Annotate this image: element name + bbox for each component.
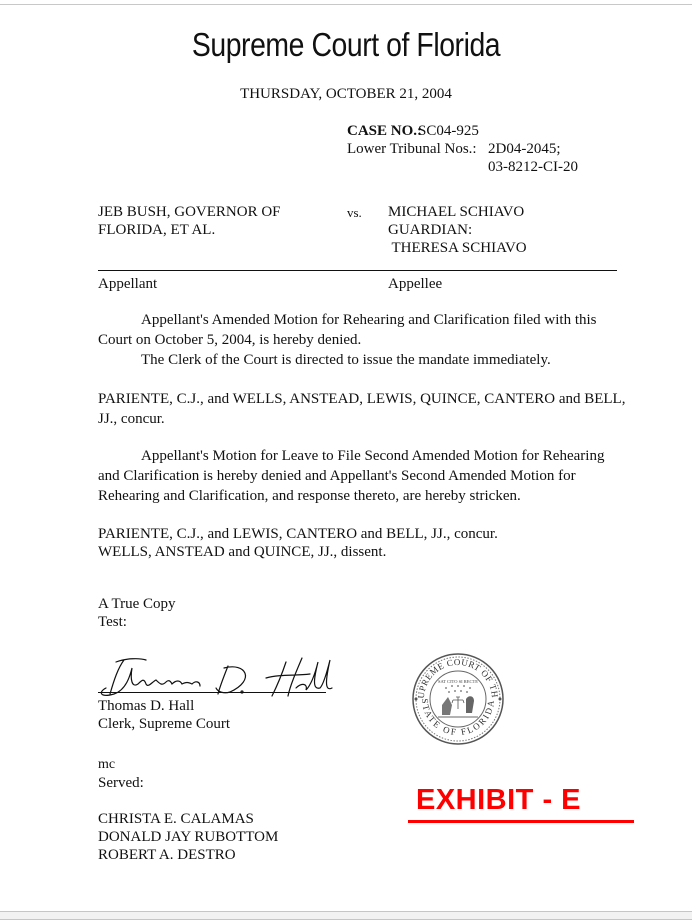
order-date: THURSDAY, OCTOBER 21, 2004 (0, 86, 692, 103)
svg-text:SUPREME COURT OF THE: SUPREME COURT OF THE (408, 653, 500, 699)
appellant-name-line-1: JEB BUSH, GOVERNOR OF (98, 203, 281, 221)
order-1-paragraph: Appellant's Amended Motion for Rehearing… (98, 310, 628, 350)
appellee-name-line-3: THERESA SCHIAVO (388, 239, 527, 257)
case-no: SC04-925 (418, 122, 479, 140)
clerk-name: Thomas D. Hall (98, 697, 194, 715)
versus: vs. (347, 204, 362, 222)
appellant-label: Appellant (98, 275, 157, 293)
case-no-label: CASE NO.: (347, 122, 422, 140)
clerk-title: Clerk, Supreme Court (98, 715, 230, 733)
concurrence-1: PARIENTE, C.J., and WELLS, ANSTEAD, LEWI… (98, 389, 628, 429)
true-copy-label: A True Copy (98, 595, 176, 613)
court-seal-icon: SUPREME COURT OF THE STATE OF FLORIDA SA… (408, 653, 508, 750)
appellee-name-line-1: MICHAEL SCHIAVO (388, 203, 524, 221)
court-title: Supreme Court of Florida (48, 26, 643, 64)
exhibit-underline (408, 820, 634, 823)
signature-line (98, 692, 326, 693)
lower-tribunal-no-1: 2D04-2045; (488, 140, 561, 158)
lower-tribunal-no-2: 03-8212-CI-20 (488, 158, 578, 176)
order-1-mandate: The Clerk of the Court is directed to is… (98, 350, 628, 370)
served-party-1: CHRISTA E. CALAMAS (98, 810, 254, 828)
appellant-name-line-2: FLORIDA, ET AL. (98, 221, 215, 239)
appellee-label: Appellee (388, 275, 442, 293)
clerk-initials: mc (98, 756, 115, 774)
lower-tribunal-label: Lower Tribunal Nos.: (347, 140, 477, 158)
page-top-border (0, 4, 692, 5)
concurrence-2: PARIENTE, C.J., and LEWIS, CANTERO and B… (98, 525, 498, 543)
svg-text:SAT CITO SI RECTE: SAT CITO SI RECTE (438, 679, 478, 684)
order-2-paragraph: Appellant's Motion for Leave to File Sec… (98, 446, 628, 506)
page-bottom-border (0, 911, 692, 920)
dissent-2: WELLS, ANSTEAD and QUINCE, JJ., dissent. (98, 543, 386, 561)
served-label: Served: (98, 774, 144, 792)
appellee-name-line-2: GUARDIAN: (388, 221, 472, 239)
test-label: Test: (98, 613, 127, 631)
parties-divider (98, 270, 617, 271)
served-party-2: DONALD JAY RUBOTTOM (98, 828, 278, 846)
exhibit-label: EXHIBIT - E (416, 784, 581, 817)
served-party-3: ROBERT A. DESTRO (98, 846, 236, 864)
